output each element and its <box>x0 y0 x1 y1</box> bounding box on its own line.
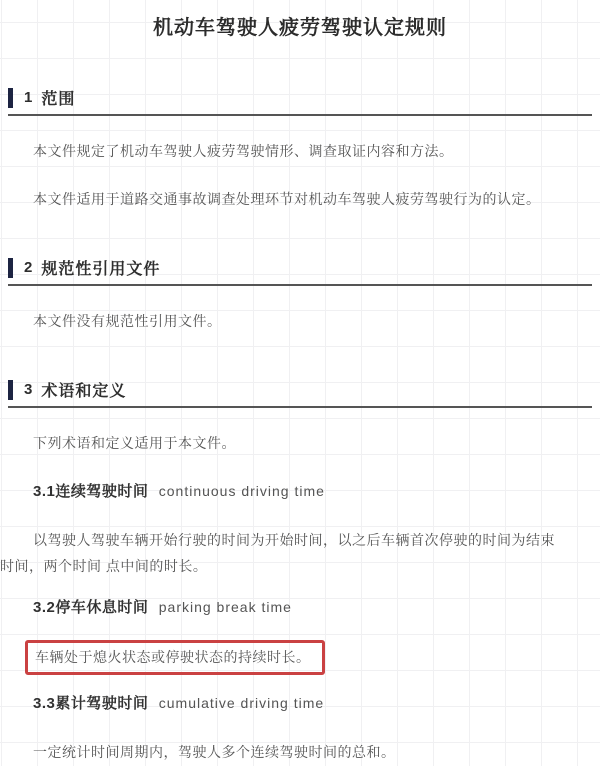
section-marker-bar <box>8 380 13 400</box>
section-1-header: 1 范围 <box>8 86 592 116</box>
document-page: 机动车驾驶人疲劳驾驶认定规则 1 范围 本文件规定了机动车驾驶人疲劳驾驶情形、调… <box>0 0 600 766</box>
page-title: 机动车驾驶人疲劳驾驶认定规则 <box>0 14 600 42</box>
term-zh-label: 3.1连续驾驶时间 <box>33 483 148 500</box>
section-number: 3 <box>22 381 32 398</box>
section-heading: 范围 <box>41 86 75 109</box>
term-en-label: continuous driving time <box>159 483 325 499</box>
highlighted-definition-row: 车辆处于熄火状态或停驶状态的持续时长。 <box>0 640 600 675</box>
term-definition: 以驾驶人驾驶车辆开始行驶的时间为开始时间，以之后车辆首次停驶的时间为结束时间，两… <box>0 527 600 579</box>
body-paragraph: 本文件没有规范性引用文件。 <box>0 308 600 334</box>
section-marker-bar <box>8 258 13 278</box>
section-marker-bar <box>8 88 13 108</box>
section-2-header: 2 规范性引用文件 <box>8 256 592 286</box>
section-heading: 术语和定义 <box>41 378 126 401</box>
body-paragraph: 本文件适用于道路交通事故调查处理环节对机动车驾驶人疲劳驾驶行为的认定。 <box>0 186 600 212</box>
term-en-label: cumulative driving time <box>159 695 324 711</box>
term-definition: 车辆处于熄火状态或停驶状态的持续时长。 <box>35 649 311 665</box>
section-number: 1 <box>22 89 32 106</box>
body-paragraph: 下列术语和定义适用于本文件。 <box>0 430 600 456</box>
term-heading-3-3: 3.3累计驾驶时间 cumulative driving time <box>0 690 600 717</box>
term-zh-label: 3.3累计驾驶时间 <box>33 695 148 712</box>
section-3-header: 3 术语和定义 <box>8 378 592 408</box>
term-zh-label: 3.2停车休息时间 <box>33 599 148 616</box>
term-heading-3-2: 3.2停车休息时间 parking break time <box>0 594 600 621</box>
term-en-label: parking break time <box>159 599 292 615</box>
section-number: 2 <box>22 259 32 276</box>
highlight-box: 车辆处于熄火状态或停驶状态的持续时长。 <box>25 640 325 675</box>
term-heading-3-1: 3.1连续驾驶时间 continuous driving time <box>0 478 600 505</box>
term-definition: 一定统计时间周期内，驾驶人多个连续驾驶时间的总和。 <box>0 739 600 765</box>
body-paragraph: 本文件规定了机动车驾驶人疲劳驾驶情形、调查取证内容和方法。 <box>0 138 600 164</box>
section-heading: 规范性引用文件 <box>41 256 160 279</box>
